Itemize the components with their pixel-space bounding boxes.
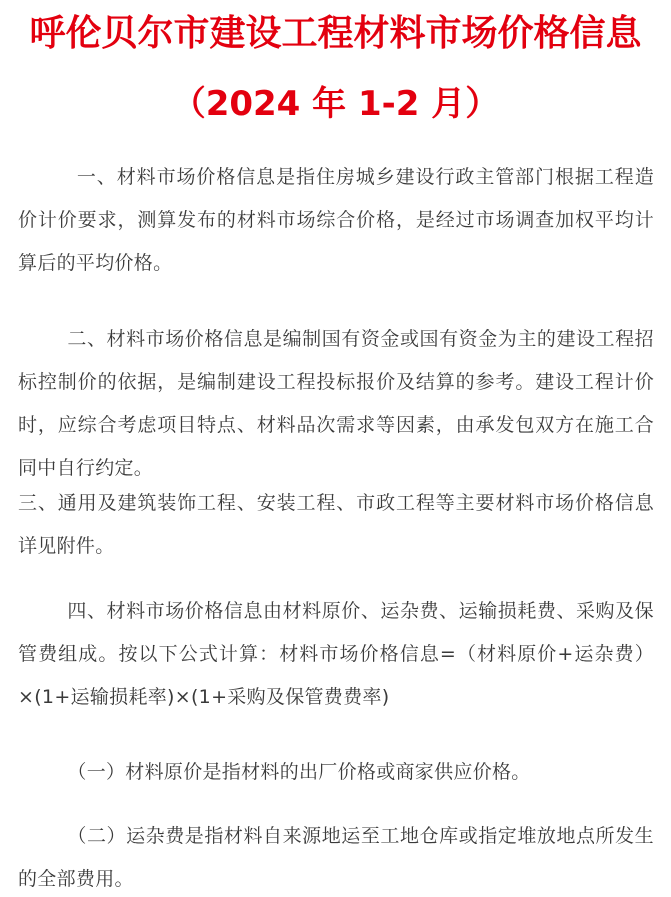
- document-subtitle: （2024 年 1-2 月）: [0, 82, 671, 126]
- paragraph-4: 四、材料市场价格信息由材料原价、运杂费、运输损耗费、采购及保管费组成。按以下公式…: [18, 590, 654, 719]
- paragraph-4-item-1: （一）材料原价是指材料的出厂价格或商家供应价格。: [18, 751, 654, 794]
- document-title: 呼伦贝尔市建设工程材料市场价格信息: [0, 12, 671, 56]
- paragraph-4-item-2: （二）运杂费是指材料自来源地运至工地仓库或指定堆放地点所发生的全部费用。: [18, 815, 654, 897]
- paragraph-3: 三、通用及建筑装饰工程、安装工程、市政工程等主要材料市场价格信息详见附件。: [18, 482, 654, 568]
- paragraph-1: 一、材料市场价格信息是指住房城乡建设行政主管部门根据工程造价计价要求，测算发布的…: [18, 156, 654, 285]
- paragraph-2: 二、材料市场价格信息是编制国有资金或国有资金为主的建设工程招标控制价的依据，是编…: [18, 318, 654, 490]
